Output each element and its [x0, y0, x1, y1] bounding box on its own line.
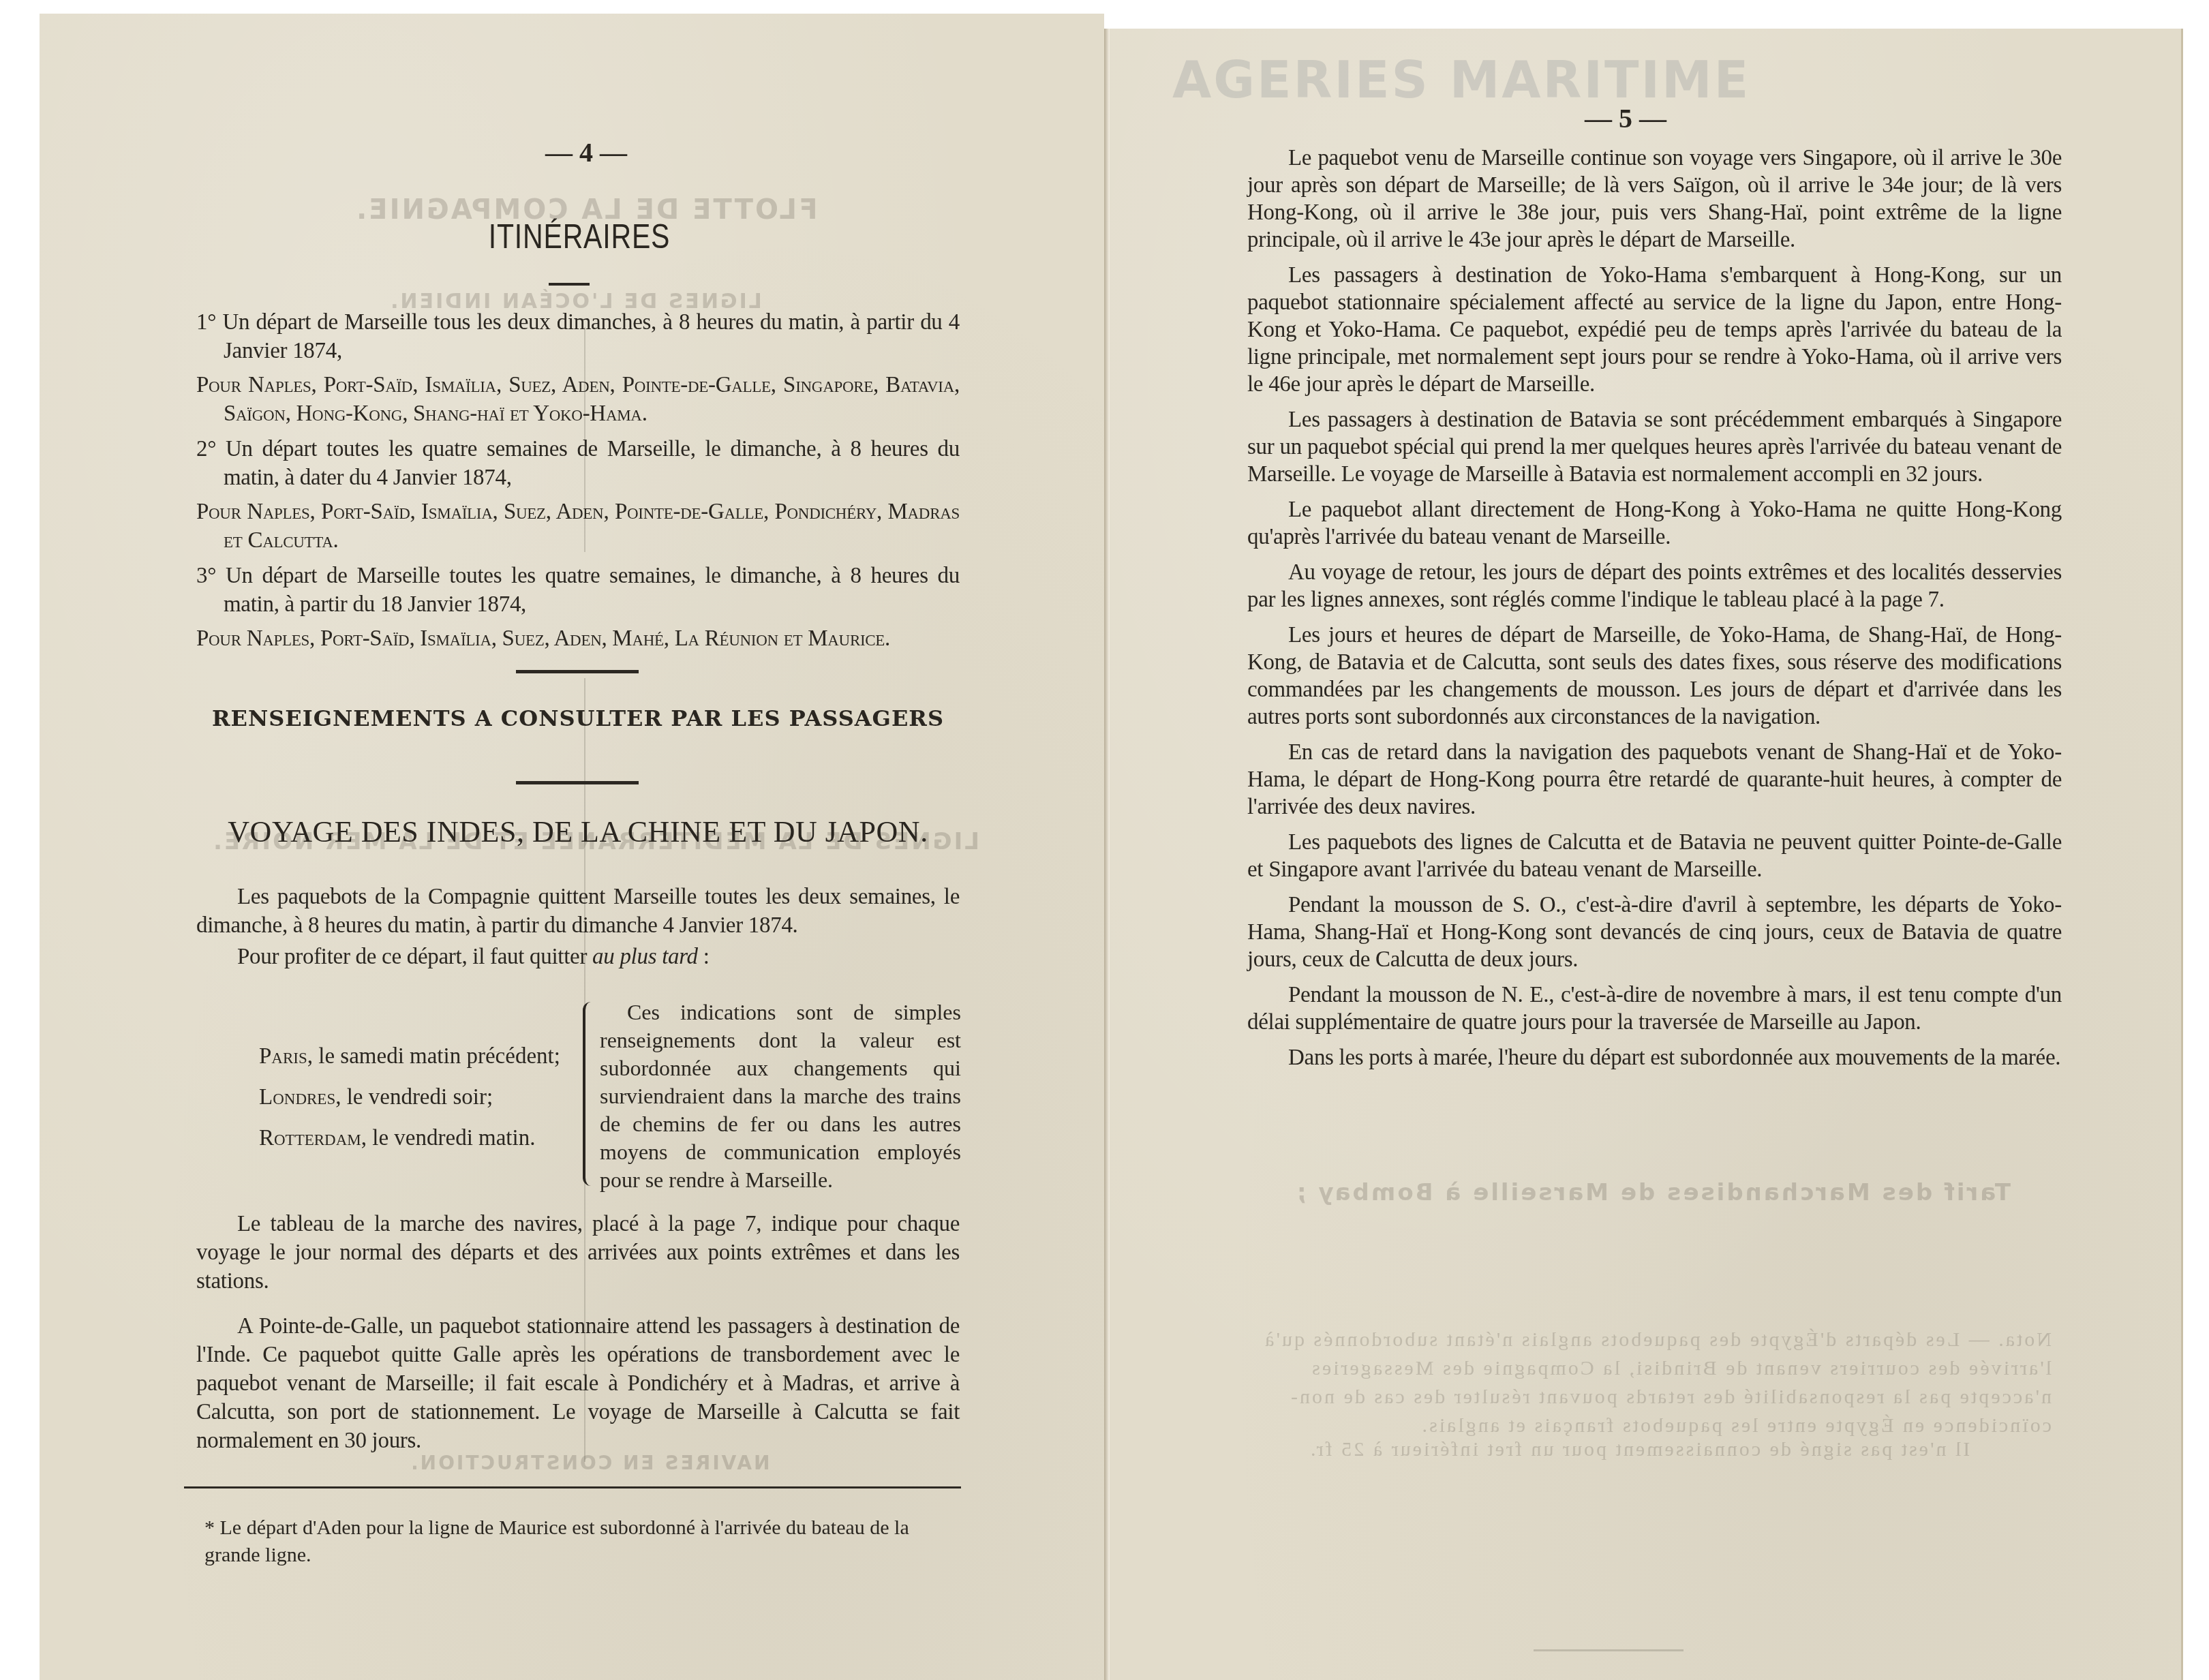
section-heading: RENSEIGNEMENTS A CONSULTER PAR LES PASSA… [196, 705, 960, 731]
book-gutter [1104, 29, 1110, 1680]
departure-cities: Paris, le samedi matin précédent; Londre… [259, 1036, 560, 1159]
paragraph: Le paquebot allant directement de Hong-K… [1247, 496, 2062, 551]
itinerary-number: 1° [196, 310, 216, 335]
bleed-through-rule [1534, 1649, 1684, 1651]
paragraph: Dans les ports à marée, l'heure du dépar… [1247, 1044, 2062, 1071]
city-paris: Paris, le samedi matin précédent; [259, 1036, 560, 1077]
itinerary-text: Un départ toutes les quatre semaines de … [224, 437, 960, 490]
brace-note: Ces indications sont de simples renseign… [600, 998, 961, 1194]
para-table: Le tableau de la marche des navires, pla… [196, 1210, 960, 1296]
paragraph: Le paquebot venu de Marseille continue s… [1247, 144, 2062, 254]
divider [516, 781, 639, 784]
paragraph: Pendant la mousson de S. O., c'est-à-dir… [1247, 891, 2062, 973]
bleed-through-tarif: Tarif des Marchandises de Marseille à Bo… [1295, 1179, 2011, 1206]
para-galle: A Pointe-de-Galle, un paquebot stationna… [196, 1312, 960, 1455]
itinerary-number: 3° [196, 564, 216, 588]
bleed-through-fret: Il n'est pas signé de connaissement pour… [1309, 1438, 1970, 1461]
bleed-through-nota: Nota. — Les départs d'Égypte des paquebo… [1247, 1326, 2052, 1440]
divider [516, 670, 639, 673]
city-rotterdam: Rotterdam, le vendredi matin. [259, 1118, 560, 1159]
city-londres: Londres, le vendredi soir; [259, 1077, 560, 1118]
itineraries-list: 1° Un départ de Marseille tous les deux … [196, 308, 960, 653]
bleed-through-header: AGERIES MARITIME [1172, 51, 1750, 110]
itinerary-destinations: Pour Naples, Port-Saïd, Ismaïlia, Suez, … [196, 624, 960, 653]
paragraph: En cas de retard dans la navigation des … [1247, 739, 2062, 821]
para-latest: Pour profiter de ce départ, il faut quit… [196, 943, 960, 971]
paragraph: Les passagers à destination de Batavia s… [1247, 406, 2062, 488]
itinerary-number: 2° [196, 437, 216, 461]
divider [549, 283, 590, 286]
page-title: ITINÉRAIRES [412, 217, 747, 256]
page-number: — 4 — [545, 136, 627, 168]
paragraph: Pendant la mousson de N. E., c'est-à-dir… [1247, 981, 2062, 1036]
itinerary-item: 2° Un départ toutes les quatre semaines … [196, 435, 960, 492]
footnote: * Le départ d'Aden pour la ligne de Maur… [204, 1514, 961, 1569]
paragraph: Les jours et heures de départ de Marseil… [1247, 622, 2062, 731]
itinerary-text: Un départ de Marseille toutes les quatre… [224, 564, 960, 617]
itinerary-destinations: Pour Naples, Port-Saïd, Ismaïlia, Suez, … [196, 371, 960, 428]
brace [583, 1002, 598, 1186]
paragraph: Les paquebots des lignes de Calcutta et … [1247, 829, 2062, 883]
footnote-rule [184, 1486, 961, 1488]
itinerary-text: Un départ de Marseille tous les deux dim… [222, 310, 960, 363]
paragraph: Au voyage de retour, les jours de départ… [1247, 559, 2062, 613]
paragraph: Les passagers à destination de Yoko-Hama… [1247, 262, 2062, 398]
itinerary-item: 1° Un départ de Marseille tous les deux … [196, 308, 960, 365]
voyage-heading: VOYAGE DES INDES, DE LA CHINE ET DU JAPO… [196, 814, 960, 849]
para-departures: Les paquebots de la Compagnie quittent M… [196, 883, 960, 971]
page-number: — 5 — [1585, 102, 1666, 134]
right-page-body: Le paquebot venu de Marseille continue s… [1247, 144, 2062, 1071]
itinerary-destinations: Pour Naples, Port-Saïd, Ismaïlia, Suez, … [196, 498, 960, 555]
itinerary-item: 3° Un départ de Marseille toutes les qua… [196, 562, 960, 619]
